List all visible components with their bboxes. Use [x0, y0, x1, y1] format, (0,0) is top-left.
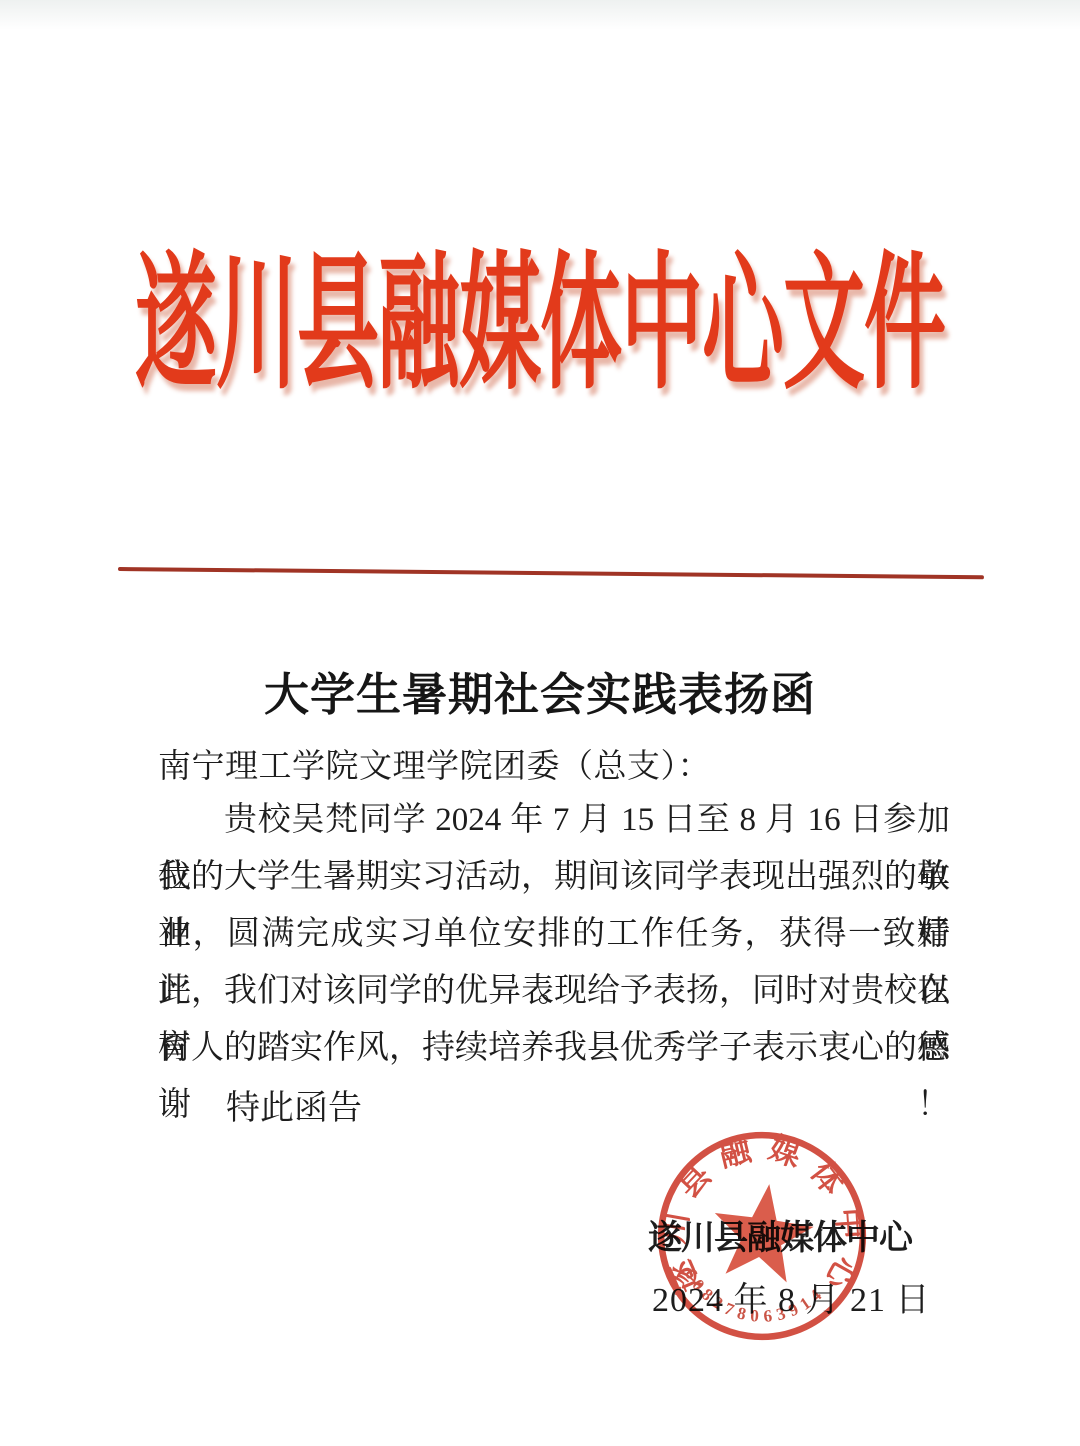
body-line-3: 神，圆满完成实习单位安排的工作任务，获得一致好评。在: [158, 906, 950, 963]
star-icon: [707, 1177, 819, 1285]
red-divider-rule: [118, 567, 984, 579]
body-line-1: 贵校吴梵同学 2024 年 7 月 15 日至 8 月 16 日参加我单: [158, 792, 950, 849]
document-page: 遂川县融媒体中心文件 大学生暑期社会实践表扬函 南宁理工学院文理学院团委（总支）…: [0, 0, 1080, 1446]
body-line-5: 育人的踏实作风，持续培养我县优秀学子表示衷心的感谢！: [158, 1020, 950, 1077]
body-line-4: 此，我们对该同学的优异表现给予表扬，同时对贵校以树德: [158, 963, 950, 1020]
letter-body: 贵校吴梵同学 2024 年 7 月 15 日至 8 月 16 日参加我单 位的大…: [158, 792, 950, 1077]
closing-line: 特此函告: [158, 1080, 362, 1137]
official-seal: 遂川县融媒体中心 608278063914: [625, 1099, 898, 1372]
letterhead-title: 遂川县融媒体中心文件: [0, 252, 1080, 400]
salutation-line: 南宁理工学院文理学院团委（总支）：: [158, 740, 711, 787]
body-line-2: 位的大学生暑期实习活动，期间该同学表现出强烈的敬业精: [158, 849, 950, 906]
official-seal-graphic: 遂川县融媒体中心 608278063914: [625, 1099, 898, 1372]
letter-title: 大学生暑期社会实践表扬函: [0, 658, 1080, 723]
scan-artifact-band: [0, 0, 1080, 30]
